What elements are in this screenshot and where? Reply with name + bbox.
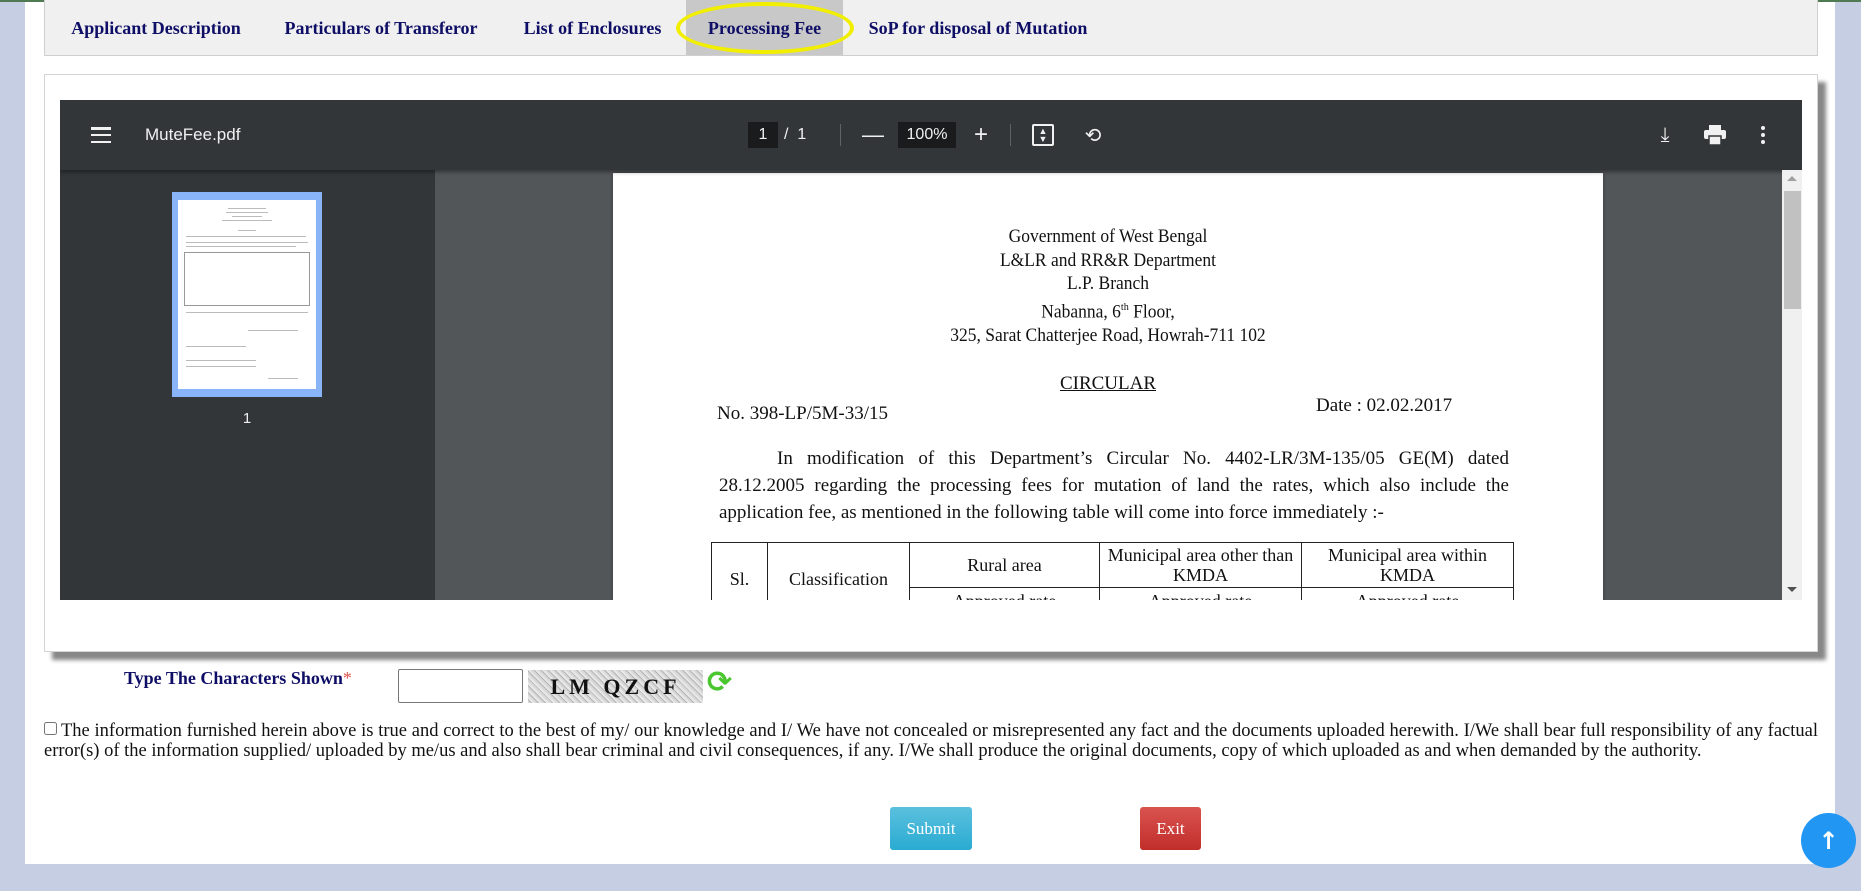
- submit-button[interactable]: Submit: [890, 807, 972, 850]
- fee-table: Sl. Classification Rural area Municipal …: [711, 542, 1514, 600]
- captcha-input[interactable]: [398, 669, 523, 703]
- table-subheader: Approved rate: [1100, 588, 1302, 601]
- pdf-scrollbar[interactable]: [1782, 170, 1802, 600]
- table-subheader: Approved rate: [1302, 588, 1514, 601]
- total-pages: 1: [797, 126, 806, 144]
- required-marker: *: [343, 668, 352, 688]
- toolbar-divider: [1010, 124, 1011, 146]
- document-paragraph: In modification of this Department’s Cir…: [719, 445, 1509, 526]
- declaration: The information furnished herein above i…: [44, 721, 1818, 761]
- paragraph-text: In modification of this Department’s Cir…: [719, 448, 1509, 523]
- thumbnail-preview: [178, 200, 316, 389]
- printer-glyph: [1704, 125, 1726, 145]
- page-thumbnail[interactable]: [172, 192, 322, 397]
- pdf-toolbar: MuteFee.pdf 1 / 1 — 100% + ▲▼ ⟲ ⤓: [60, 100, 1802, 170]
- tab-particulars-of-transferor[interactable]: Particulars of Transferor: [276, 0, 486, 55]
- declaration-checkbox[interactable]: [44, 722, 57, 735]
- toolbar-divider: [840, 124, 841, 146]
- table-subheader: Approved rate: [910, 588, 1100, 601]
- scroll-down-arrow-icon[interactable]: [1787, 587, 1797, 592]
- table-header: Municipal area within KMDA: [1302, 543, 1514, 588]
- tab-processing-fee[interactable]: Processing Fee: [686, 0, 843, 55]
- page-count: / 1: [784, 100, 806, 170]
- page-number-input[interactable]: 1: [748, 122, 778, 148]
- header-line: Nabanna, 6th Floor,: [653, 296, 1564, 324]
- zoom-in-icon[interactable]: +: [966, 120, 996, 150]
- thumbnail-sidebar: 1: [60, 170, 435, 600]
- exit-button[interactable]: Exit: [1140, 807, 1201, 850]
- page-separator: /: [784, 126, 788, 144]
- pdf-page: Government of West Bengal L&LR and RR&R …: [613, 173, 1603, 600]
- document-title: CIRCULAR: [613, 373, 1603, 395]
- table-header: Sl.: [712, 543, 768, 601]
- refresh-captcha-icon[interactable]: ⟳: [707, 668, 737, 700]
- scrollbar-thumb[interactable]: [1784, 191, 1801, 309]
- pdf-file-name: MuteFee.pdf: [145, 100, 240, 170]
- thumbnail-page-number: 1: [172, 410, 322, 427]
- table-header: Municipal area other than KMDA: [1100, 543, 1302, 588]
- captcha-image: LM QZCF: [528, 670, 703, 703]
- header-line: Government of West Bengal: [653, 225, 1564, 249]
- table-header: Classification: [768, 543, 910, 601]
- pdf-viewer: MuteFee.pdf 1 / 1 — 100% + ▲▼ ⟲ ⤓: [60, 100, 1802, 600]
- zoom-out-icon[interactable]: —: [858, 120, 888, 150]
- declaration-text: The information furnished herein above i…: [44, 721, 1818, 761]
- tab-sop-disposal-mutation[interactable]: SoP for disposal of Mutation: [858, 0, 1098, 55]
- more-vertical-icon[interactable]: [1748, 120, 1778, 150]
- arrow-up-icon: ↑: [1818, 827, 1838, 855]
- fit-to-page-icon[interactable]: ▲▼: [1032, 124, 1054, 146]
- download-icon[interactable]: ⤓: [1650, 120, 1680, 150]
- tab-list-of-enclosures[interactable]: List of Enclosures: [514, 0, 671, 55]
- document-header: Government of West Bengal L&LR and RR&R …: [653, 225, 1564, 347]
- tab-applicant-description[interactable]: Applicant Description: [64, 0, 248, 55]
- scroll-to-top-button[interactable]: ↑: [1801, 813, 1856, 868]
- header-line: L.P. Branch: [653, 272, 1564, 296]
- document-date: Date : 02.02.2017: [1316, 395, 1452, 417]
- document-number: No. 398-LP/5M-33/15: [717, 403, 888, 425]
- captcha-label: Type The Characters Shown*: [124, 668, 352, 689]
- zoom-level-input[interactable]: 100%: [898, 122, 956, 148]
- header-line: L&LR and RR&R Department: [653, 249, 1564, 273]
- thumbnail-table: [184, 252, 310, 306]
- header-line: 325, Sarat Chatterjee Road, Howrah-711 1…: [653, 324, 1564, 348]
- print-icon[interactable]: [1700, 120, 1730, 150]
- hamburger-menu-icon[interactable]: [90, 124, 112, 146]
- rotate-counterclockwise-icon[interactable]: ⟲: [1078, 120, 1108, 150]
- captcha-label-text: Type The Characters Shown: [124, 668, 343, 688]
- scroll-up-arrow-icon[interactable]: [1787, 176, 1797, 181]
- table-header: Rural area: [910, 543, 1100, 588]
